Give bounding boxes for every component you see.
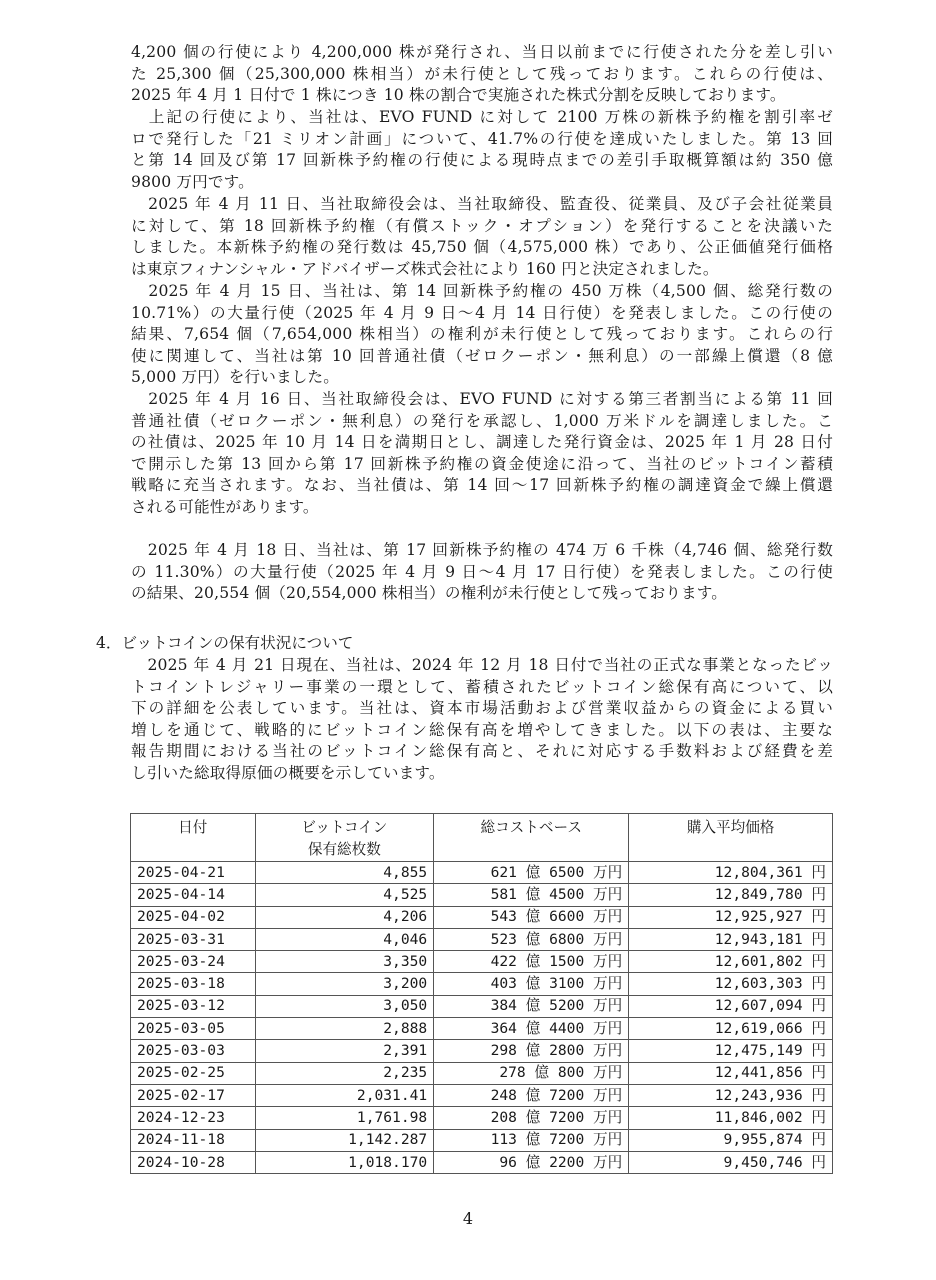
cell-date: 2025-02-17 — [131, 1084, 256, 1106]
text-line: は東京フィナンシャル・アドバイザーズ株式会社により 160 円と決定されました。 — [131, 259, 833, 281]
cell-date: 2025-03-18 — [131, 973, 256, 995]
cell-btc-holdings: 4,855 — [255, 862, 434, 884]
cell-average-price: 12,804,361 円 — [629, 862, 833, 884]
text-line: と第 14 回及び第 17 回新株予約権の行使による現時点までの差引手取概算額は… — [131, 150, 833, 172]
table-row: 2025-03-243,350422 億 1500 万円12,601,802 円 — [131, 951, 833, 973]
table-row: 2025-02-252,235278 億 800 万円12,441,856 円 — [131, 1062, 833, 1084]
text-line: 結果、7,654 個（7,654,000 株相当）の権利が未行使として残っており… — [131, 324, 833, 346]
text-line: しました。本新株予約権の発行数は 45,750 個（4,575,000 株）であ… — [131, 237, 833, 259]
text-line: 2025 年 4 月 1 日付で 1 株につき 10 株の割合で実施された株式分… — [131, 85, 833, 107]
cell-btc-holdings: 3,200 — [255, 973, 434, 995]
cell-btc-holdings: 1,142.287 — [255, 1129, 434, 1151]
table-header-row: 日付 ビットコイン保有総枚数 総コストベース 購入平均価格 — [131, 814, 833, 862]
table-row: 2024-10-281,018.17096 億 2200 万円9,450,746… — [131, 1151, 833, 1173]
cell-btc-holdings: 2,031.41 — [255, 1084, 434, 1106]
cell-average-price: 12,475,149 円 — [629, 1040, 833, 1062]
cell-total-cost-basis: 113 億 7200 万円 — [434, 1129, 629, 1151]
text-line: の結果、20,554 個（20,554,000 株相当）の権利が未行使として残っ… — [131, 583, 833, 605]
cell-date: 2025-04-02 — [131, 906, 256, 928]
cell-date: 2025-02-25 — [131, 1062, 256, 1084]
text-line: の 11.30%）の大量行使（2025 年 4 月 9 日～4 月 17 日行使… — [131, 562, 833, 584]
cell-total-cost-basis: 278 億 800 万円 — [434, 1062, 629, 1084]
paragraph-stock-option-18: 2025 年 4 月 11 日、当社取締役会は、当社取締役、監査役、従業員、及び… — [131, 194, 833, 280]
cell-total-cost-basis: 96 億 2200 万円 — [434, 1151, 629, 1173]
text-line: 2025 年 4 月 21 日現在、当社は、2024 年 12 月 18 日付で… — [131, 655, 833, 677]
text-line: される可能性があります。 — [131, 497, 833, 519]
cell-average-price: 12,943,181 円 — [629, 928, 833, 950]
cell-total-cost-basis: 298 億 2800 万円 — [434, 1040, 629, 1062]
cell-average-price: 12,243,936 円 — [629, 1084, 833, 1106]
cell-date: 2025-03-03 — [131, 1040, 256, 1062]
cell-date: 2025-03-05 — [131, 1018, 256, 1040]
cell-total-cost-basis: 403 億 3100 万円 — [434, 973, 629, 995]
cell-total-cost-basis: 208 億 7200 万円 — [434, 1107, 629, 1129]
cell-btc-holdings: 4,046 — [255, 928, 434, 950]
text-line: し引いた総取得原価の概要を示しています。 — [131, 763, 833, 785]
cell-total-cost-basis: 581 億 4500 万円 — [434, 884, 629, 906]
cell-average-price: 12,607,094 円 — [629, 995, 833, 1017]
cell-total-cost-basis: 621 億 6500 万円 — [434, 862, 629, 884]
cell-average-price: 9,450,746 円 — [629, 1151, 833, 1173]
cell-date: 2024-11-18 — [131, 1129, 256, 1151]
table-row: 2025-04-024,206543 億 6600 万円12,925,927 円 — [131, 906, 833, 928]
paragraph-bond-11: 2025 年 4 月 16 日、当社取締役会は、EVO FUND に対する第三者… — [131, 389, 833, 519]
text-line: に対して、第 18 回新株予約権（有償ストック・オプション）を発行することを決議… — [131, 216, 833, 238]
text-line: 2025 年 4 月 18 日、当社は、第 17 回新株予約権の 474 万 6… — [131, 540, 833, 562]
paragraph-exercise-17: 2025 年 4 月 18 日、当社は、第 17 回新株予約権の 474 万 6… — [131, 540, 833, 605]
cell-average-price: 12,601,802 円 — [629, 951, 833, 973]
cell-total-cost-basis: 523 億 6800 万円 — [434, 928, 629, 950]
table-row: 2024-12-231,761.98208 億 7200 万円11,846,00… — [131, 1107, 833, 1129]
cell-date: 2025-03-24 — [131, 951, 256, 973]
cell-date: 2025-04-21 — [131, 862, 256, 884]
cell-date: 2025-03-12 — [131, 995, 256, 1017]
text-line: 9800 万円です。 — [131, 172, 833, 194]
cell-btc-holdings: 4,525 — [255, 884, 434, 906]
cell-average-price: 9,955,874 円 — [629, 1129, 833, 1151]
cell-btc-holdings: 2,888 — [255, 1018, 434, 1040]
text-line: 5,000 万円）を行いました。 — [131, 367, 833, 389]
paragraph-exercise-14: 2025 年 4 月 15 日、当社は、第 14 回新株予約権の 450 万株（… — [131, 281, 833, 389]
cell-btc-holdings: 3,050 — [255, 995, 434, 1017]
text-line: 2025 年 4 月 11 日、当社取締役会は、当社取締役、監査役、従業員、及び… — [131, 194, 833, 216]
cell-btc-holdings: 2,235 — [255, 1062, 434, 1084]
text-line: 2025 年 4 月 16 日、当社取締役会は、EVO FUND に対する第三者… — [131, 389, 833, 411]
cell-btc-holdings: 1,018.170 — [255, 1151, 434, 1173]
table-row: 2025-03-032,391298 億 2800 万円12,475,149 円 — [131, 1040, 833, 1062]
cell-date: 2024-10-28 — [131, 1151, 256, 1173]
text-line: 上記の行使により、当社は、EVO FUND に対して 2100 万株の新株予約権… — [131, 107, 833, 129]
table-row: 2025-03-123,050384 億 5200 万円12,607,094 円 — [131, 995, 833, 1017]
table-row: 2025-02-172,031.41248 億 7200 万円12,243,93… — [131, 1084, 833, 1106]
cell-total-cost-basis: 364 億 4400 万円 — [434, 1018, 629, 1040]
cell-btc-holdings: 2,391 — [255, 1040, 434, 1062]
text-line: 戦略に充当されます。なお、当社債は、第 14 回～17 回新株予約権の調達資金で… — [131, 475, 833, 497]
cell-average-price: 12,441,856 円 — [629, 1062, 833, 1084]
cell-total-cost-basis: 543 億 6600 万円 — [434, 906, 629, 928]
paragraph-21-million-plan: 上記の行使により、当社は、EVO FUND に対して 2100 万株の新株予約権… — [131, 107, 833, 193]
paragraph-exercise-summary: 4,200 個の行使により 4,200,000 株が発行され、当日以前までに行使… — [131, 42, 833, 107]
section-heading-bitcoin-holdings: 4．ビットコインの保有状況について — [96, 633, 353, 655]
column-header-total-cost-basis: 総コストベース — [434, 814, 629, 862]
table-row: 2024-11-181,142.287113 億 7200 万円9,955,87… — [131, 1129, 833, 1151]
table-row: 2025-04-214,855621 億 6500 万円12,804,361 円 — [131, 862, 833, 884]
cell-total-cost-basis: 384 億 5200 万円 — [434, 995, 629, 1017]
page-number: 4 — [0, 1209, 936, 1228]
column-header-date: 日付 — [131, 814, 256, 862]
cell-date: 2025-04-14 — [131, 884, 256, 906]
cell-date: 2025-03-31 — [131, 928, 256, 950]
cell-average-price: 12,925,927 円 — [629, 906, 833, 928]
text-line: 4,200 個の行使により 4,200,000 株が発行され、当日以前までに行使… — [131, 42, 833, 64]
table-row: 2025-03-052,888364 億 4400 万円12,619,066 円 — [131, 1018, 833, 1040]
column-header-average-price: 購入平均価格 — [629, 814, 833, 862]
cell-date: 2024-12-23 — [131, 1107, 256, 1129]
text-line: 普通社債（ゼロクーポン・無利息）の発行を承認し、1,000 万米ドルを調達しまし… — [131, 411, 833, 433]
text-line: 10.71%）の大量行使（2025 年 4 月 9 日～4 月 14 日行使）を… — [131, 303, 833, 325]
text-line: た 25,300 個（25,300,000 株相当）が未行使として残っております… — [131, 64, 833, 86]
text-line: トコイントレジャリー事業の一環として、蓄積されたビットコイン総保有高について、以 — [131, 677, 833, 699]
cell-btc-holdings: 4,206 — [255, 906, 434, 928]
cell-btc-holdings: 3,350 — [255, 951, 434, 973]
cell-total-cost-basis: 248 億 7200 万円 — [434, 1084, 629, 1106]
text-line: 2025 年 4 月 15 日、当社は、第 14 回新株予約権の 450 万株（… — [131, 281, 833, 303]
table-row: 2025-03-183,200403 億 3100 万円12,603,303 円 — [131, 973, 833, 995]
text-line: 増しを通じて、戦略的にビットコイン総保有高を増やしてきました。以下の表は、主要な — [131, 720, 833, 742]
cell-average-price: 12,603,303 円 — [629, 973, 833, 995]
cell-average-price: 12,849,780 円 — [629, 884, 833, 906]
paragraph-bitcoin-holdings-intro: 2025 年 4 月 21 日現在、当社は、2024 年 12 月 18 日付で… — [131, 655, 833, 785]
text-line: の社債は、2025 年 10 月 14 日を満期日とし、調達した発行資金は、20… — [131, 432, 833, 454]
cell-total-cost-basis: 422 億 1500 万円 — [434, 951, 629, 973]
text-line: 報告期間における当社のビットコイン総保有高と、それに対応する手数料および経費を差 — [131, 741, 833, 763]
document-page: 4,200 個の行使により 4,200,000 株が発行され、当日以前までに行使… — [0, 0, 936, 1280]
cell-average-price: 11,846,002 円 — [629, 1107, 833, 1129]
column-header-btc-holdings: ビットコイン保有総枚数 — [255, 814, 434, 862]
table-row: 2025-04-144,525581 億 4500 万円12,849,780 円 — [131, 884, 833, 906]
table-row: 2025-03-314,046523 億 6800 万円12,943,181 円 — [131, 928, 833, 950]
bitcoin-holdings-table: 日付 ビットコイン保有総枚数 総コストベース 購入平均価格 2025-04-21… — [130, 813, 833, 1174]
text-line: で開示した第 13 回から第 17 回新株予約権の資金使途に沿って、当社のビット… — [131, 454, 833, 476]
cell-average-price: 12,619,066 円 — [629, 1018, 833, 1040]
cell-btc-holdings: 1,761.98 — [255, 1107, 434, 1129]
text-line: ロで発行した「21 ミリオン計画」について、41.7%の行使を達成いたしました。… — [131, 129, 833, 151]
text-line: 下の詳細を公表しています。当社は、資本市場活動および営業収益からの資金による買い — [131, 698, 833, 720]
text-line: 使に関連して、当社は第 10 回普通社債（ゼロクーポン・無利息）の一部繰上償還（… — [131, 346, 833, 368]
